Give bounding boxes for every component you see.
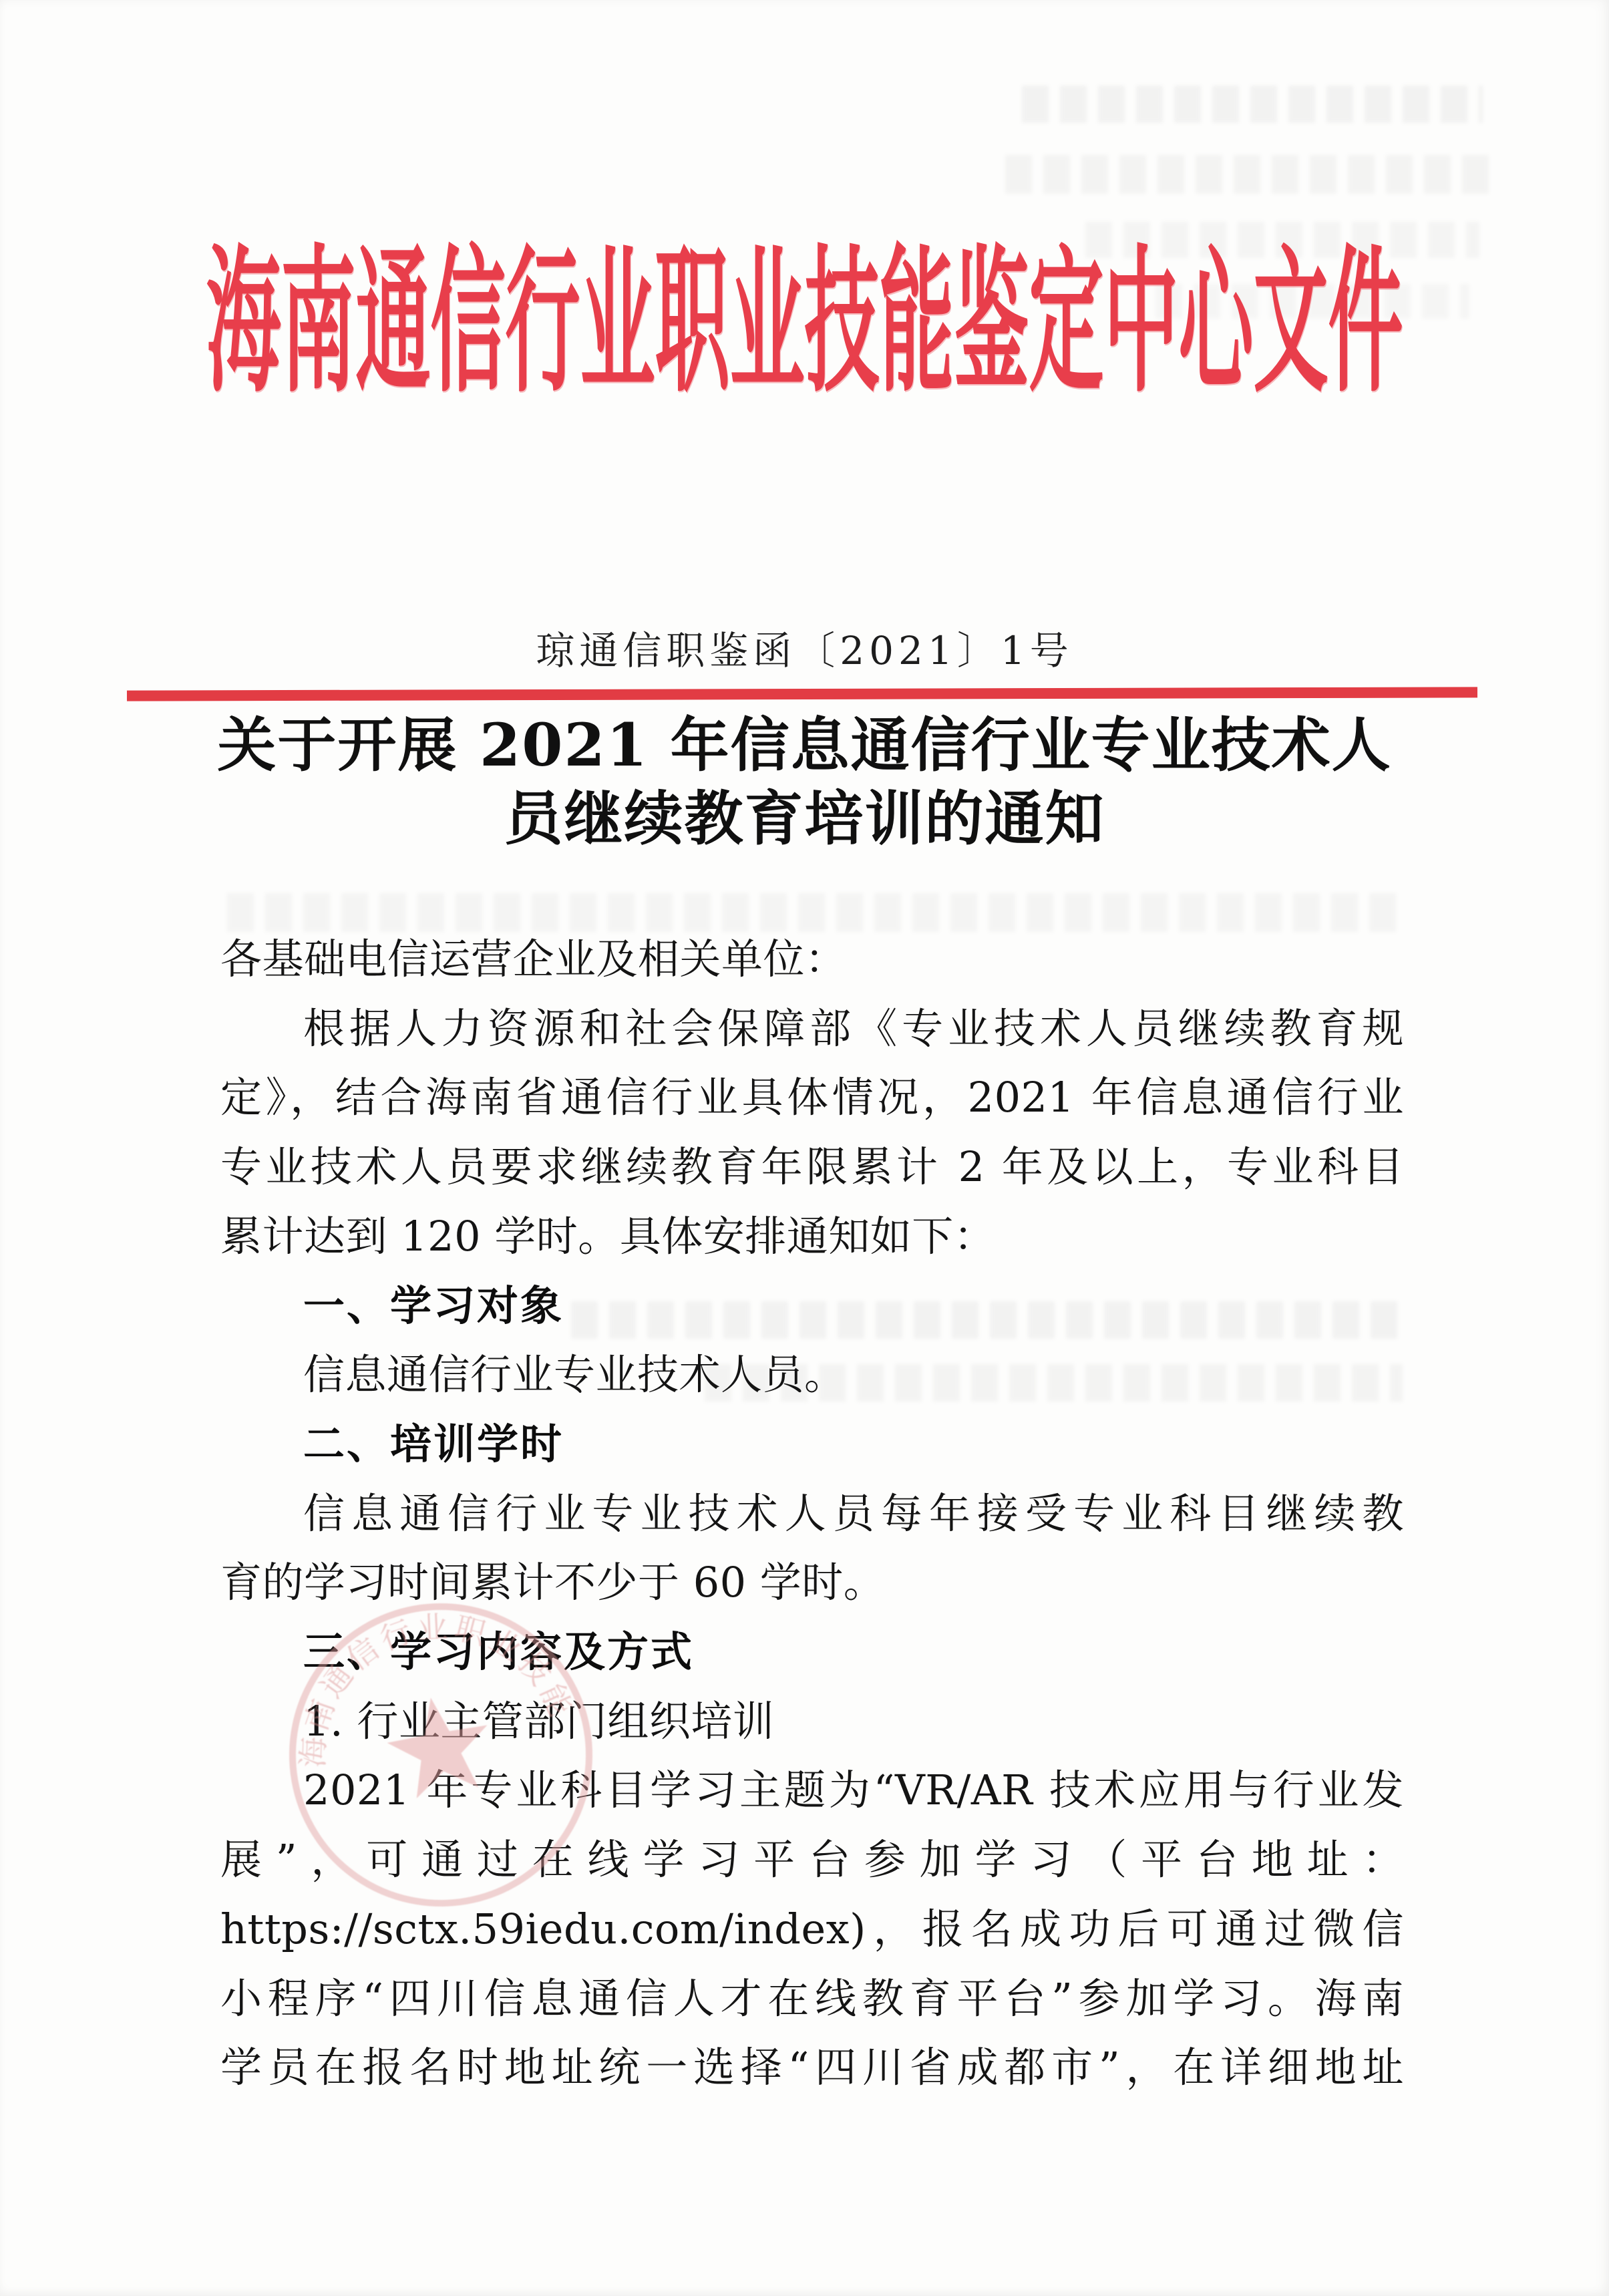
body-line: 2021 年专业科目学习主题为“VR/AR 技术应用与行业发 (220, 1756, 1404, 1825)
body-line: 小程序“四川信息通信人才在线教育平台”参加学习。海南 (220, 1964, 1404, 2033)
body-line: 学员在报名时地址统一选择“四川省成都市”，在详细地址 (220, 2033, 1404, 2102)
body-line: 信息通信行业专业技术人员每年接受专业科目继续教 (220, 1479, 1404, 1548)
body-line-url: https://sctx.59iedu.com/index)，报名成功后可通过微… (220, 1895, 1404, 1964)
body-line: 信息通信行业专业技术人员。 (220, 1340, 1404, 1410)
document-title-line2: 员继续教育培训的通知 (0, 782, 1609, 855)
bleed-through-artifact (1022, 86, 1483, 123)
body-line: 育的学习时间累计不少于 60 学时。 (220, 1548, 1404, 1617)
letterhead-divider-rule (127, 687, 1477, 701)
letterhead-org-title: 海南通信行业职业技能鉴定中心文件 (206, 244, 1403, 401)
section-heading-3: 三、学习内容及方式 (220, 1617, 1404, 1687)
body-line: 专业技术人员要求继续教育年限累计 2 年及以上，专业科目 (220, 1132, 1404, 1202)
body-line: 1. 行业主管部门组织培训 (220, 1687, 1404, 1756)
body-line: 根据人力资源和社会保障部《专业技术人员继续教育规 (220, 994, 1404, 1063)
section-heading-2: 二、培训学时 (220, 1410, 1404, 1479)
bleed-through-artifact (1155, 284, 1469, 319)
document-number: 琼通信职鉴函〔2021〕1号 (0, 627, 1609, 675)
document-title-line1: 关于开展 2021 年信息通信行业专业技术人 (0, 708, 1609, 782)
document-body: 各基础电信运营企业及相关单位： 根据人力资源和社会保障部《专业技术人员继续教育规… (220, 925, 1404, 2102)
body-line: 定》，结合海南省通信行业具体情况，2021 年信息通信行业 (220, 1063, 1404, 1132)
bleed-through-artifact (1005, 155, 1496, 194)
section-heading-1: 一、学习对象 (220, 1271, 1404, 1341)
document-title: 关于开展 2021 年信息通信行业专业技术人 员继续教育培训的通知 (0, 708, 1609, 855)
body-line: 展”，可通过在线学习平台参加学习（平台地址： (220, 1825, 1404, 1895)
letterhead: 海南通信行业职业技能鉴定中心文件 (0, 244, 1609, 319)
bleed-through-artifact (1085, 222, 1479, 258)
document-page: 海南通信行业职业技能鉴定中心文件 琼通信职鉴函〔2021〕1号 关于开展 202… (0, 0, 1609, 2296)
body-line: 累计达到 120 学时。具体安排通知如下： (220, 1202, 1404, 1271)
salutation-line: 各基础电信运营企业及相关单位： (220, 925, 1404, 994)
